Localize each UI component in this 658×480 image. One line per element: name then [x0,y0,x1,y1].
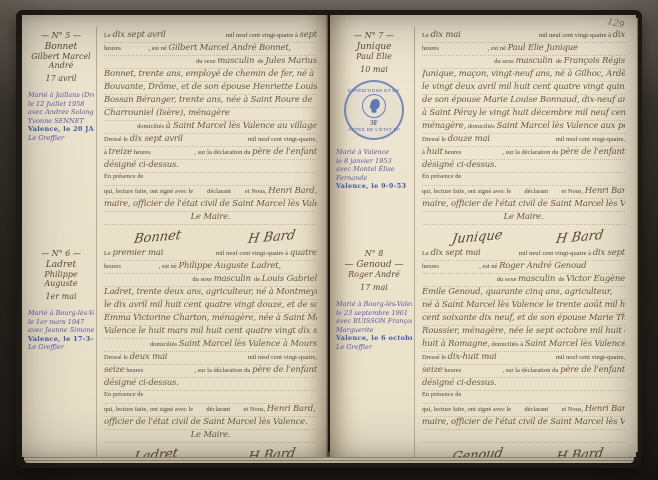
handwritten-text: Saint Marcel lès Valence à Marquet [525,339,625,349]
marriage-mention-stamp: Marié à Bourg-lès-Valencele 1er mars 194… [28,309,94,352]
act-line: Dressé le douze mai mil neuf cent vingt-… [422,134,625,147]
act-line: seize heures , sur la déclaration du pèr… [422,365,625,378]
greffier-label: Le Greffier [28,134,94,143]
entry-number: — N° 5 — [28,31,94,40]
handwritten-text: masculin [217,56,254,66]
right-page: 129 — N° 7 —JuniquePaul Elie10 maiEXPÉDI… [330,15,636,457]
handwritten-text: treize [109,147,133,157]
entry-date: 10 mai [336,65,412,74]
act-line: du sexe masculin de Jules Marius [104,56,317,69]
marriage-mention-date: Valence, le 9-9-53 [336,182,412,191]
act-line: Le dix sept mai mil neuf cent vingt-quat… [422,248,625,261]
handwritten-text: dix [613,30,625,40]
handwritten-text: le vingt deux avril mil huit cent quatre… [422,82,625,92]
act-line: En présence de [422,173,625,186]
printed-form-text: heures [125,367,145,374]
handwritten-text: à Saint Péray le vingt huit décembre mil… [422,108,625,118]
act-line: officier de l'état civil de Saint Marcel… [104,417,317,430]
handwritten-text: huit à Romagne, [422,339,490,349]
handwritten-text: Le Maire. [504,212,544,222]
handwritten-text: Emma Victorine Charton, ménagère, née à … [104,313,317,323]
printed-form-text: heures [443,367,463,374]
act-line: le dix avril mil huit cent quatre vingt … [104,300,317,313]
printed-form-text: Dressé le [422,136,448,143]
handwritten-text: désigné ci-dessus. [104,160,179,170]
handwritten-text: Henri Bard, maire, [267,404,317,414]
handwritten-text: Gilbert Marcel André Bonnet, [168,43,291,53]
marriage-mention-line: avec Montel Élise [336,165,412,174]
act-line: le vingt deux avril mil huit cent quatre… [422,82,625,95]
act-line: maire, officier de l'état civil de Saint… [422,417,625,430]
act-line: du sexe masculin de François Régis [422,56,625,69]
handwritten-text: Paul Elie Junique [508,43,578,53]
act-line: maire, officier de l'état civil de Saint… [422,199,625,212]
marriage-mention-line: le 23 septembre 1961 [336,309,412,318]
handwritten-text: père de l'enfant [252,365,317,375]
act-line: Dressé le dix sept avril mil neuf cent v… [104,134,317,147]
act-line: à Saint Péray le vingt huit décembre mil… [422,108,625,121]
printed-form-text: , est né [479,263,499,270]
handwritten-text: dix sept mai [430,248,480,258]
printed-form-text: et Nous, [243,188,268,195]
printed-form-text: de [251,276,262,283]
printed-form-text: du sexe [192,276,213,283]
handwritten-text: Jules Marius [265,56,317,66]
act-line: huit à Romagne, domiciliés à Saint Marce… [422,339,625,352]
fiscal-stamp-ring-top: EXPÉDITIONS ET EXTRAITS [348,88,400,93]
act-line: ménagère, domiciliés Saint Marcel lès Va… [422,121,625,134]
marriage-mention-line: avec Andrée Solange [28,108,94,117]
marriage-mention-line: le 1er mars 1947 [28,318,94,327]
entry-surname: — Genoud — [336,260,412,270]
act-text: Le premier mai mil neuf cent vingt-quatr… [97,245,322,457]
printed-form-text: Le [422,250,430,257]
entry-number: — N° 6 — [28,249,94,258]
handwritten-text: dix sept avril [130,134,183,144]
handwritten-text: deux mai [130,352,168,362]
margin-annotations: — N° 6 —LadretPhilippe Auguste1er maiMar… [26,245,97,457]
handwritten-text: Henri Bard, [268,186,317,196]
handwritten-text: dix sept avril [112,30,165,40]
marriage-mention-date: Valence, le 20 JAN 1959 [28,125,94,134]
printed-form-text: , sur la déclaration du [502,367,560,374]
printed-form-text: Le [104,32,112,39]
printed-form-text: heures [132,149,152,156]
photo-backdrop: — N° 5 —BonnetGilbert Marcel André17 avr… [0,0,658,480]
act-line: Emma Victorine Charton, ménagère, née à … [104,313,317,326]
handwritten-text: Henri Bard, [585,404,625,414]
mayor-signature: H Bard [555,446,605,457]
act-line: Le dix mai mil neuf cent vingt-quatre à … [422,30,625,43]
printed-form-text: mil neuf cent vingt-quatre, [246,136,317,143]
printed-form-text: domiciliés [150,341,179,348]
handwritten-text: désigné ci-dessus. [104,378,179,388]
act-line: désigné ci-dessus. [104,378,317,391]
handwritten-text: Saint Marcel lès Valence à Mours [179,339,317,349]
act-line: du sexe masculin de Louis Gabriel [104,274,317,287]
printed-form-text: , sur la déclaration du [194,367,252,374]
handwritten-text: Philippe Auguste Ladret, [178,261,281,271]
act-line: désigné ci-dessus. [422,160,625,173]
handwritten-text: François Régis [564,56,625,66]
entry-surname: Bonnet [28,42,94,52]
printed-form-text: domiciliés à [490,341,525,348]
entry-number: — N° 7 — [336,31,412,40]
handwritten-text: douze mai [448,134,490,144]
entry-number: N° 8 [336,249,412,258]
act-line: qui, lecture faite, ont signé avec le dé… [104,186,317,199]
act-text: Le dix sept avril mil neuf cent vingt-qu… [97,27,322,245]
marriage-mention-line: Marié à Bourg-lès-Valence [28,309,94,318]
marriage-mention-line: Fernande [336,174,412,183]
marriage-mention-stamp: Marié à Bourg-lès-Valencele 23 septembre… [336,300,412,351]
register-entry: N° 8— Genoud —Roger André17 maiMarié à B… [334,245,630,457]
act-line: qui, lecture faite, ont signé avec le dé… [422,404,625,417]
handwritten-text: Bouvante, Drôme, et de son épouse Henrie… [104,82,317,92]
handwritten-text: masculin [518,274,555,284]
entry-given-names: Paul Elie [336,52,412,61]
entry-date: 17 avril [28,74,94,83]
handwritten-text: ménagère, [422,121,466,131]
printed-form-text: du sexe [494,58,515,65]
printed-form-text: du sexe [497,276,518,283]
act-line: domiciliés à Saint Marcel lès Valence au… [104,121,317,134]
printed-form-text: mil neuf cent vingt-quatre, [554,136,625,143]
act-line: Junique, maçon, vingt-neuf ans, né à Gil… [422,69,625,82]
printed-form-text: En présence de [104,391,145,398]
handwritten-text: huit [427,147,443,157]
handwritten-text: désigné ci-dessus. [422,160,497,170]
handwritten-text: seize [422,365,443,375]
handwritten-text: dix mai [430,30,460,40]
act-line: heures , est né Paul Elie Junique [422,43,625,56]
declarant-signature: Genoud [451,446,504,457]
printed-form-text: qui, lecture faite, ont signé avec le [422,406,513,413]
left-page: — N° 5 —BonnetGilbert Marcel André17 avr… [22,15,328,457]
printed-form-text: qui, lecture faite, ont signé avec le [422,188,513,195]
printed-form-text: qui, lecture faite, ont signé avec le [104,406,195,413]
printed-form-text: déclarant [523,406,550,413]
fiscal-stamp-icon: EXPÉDITIONS ET EXTRAITS3FACTES DE L'ÉTAT… [344,80,404,140]
margin-annotations: N° 8— Genoud —Roger André17 maiMarié à B… [334,245,415,457]
act-line: Bonnet, trente ans, employé de chemin de… [104,69,317,82]
register-entry: — N° 6 —LadretPhilippe Auguste1er maiMar… [26,245,322,457]
printed-form-text: domiciliés [466,123,496,130]
printed-form-text: Le [104,250,112,257]
act-line: qui, lecture faite, ont signé avec le dé… [422,186,625,199]
margin-annotations: — N° 5 —BonnetGilbert Marcel André17 avr… [26,27,97,245]
handwritten-text: Ladret, trente deux ans, agriculteur, né… [104,287,317,297]
handwritten-text: Bonnet, trente ans, employé de chemin de… [104,69,314,79]
act-line: En présence de [104,391,317,404]
printed-form-text: Dressé le [104,354,130,361]
act-line: Le dix sept avril mil neuf cent vingt-qu… [104,30,317,43]
printed-form-text: Dressé le [104,136,130,143]
handwritten-text: maire, officier de l'état civil de Saint… [422,417,625,427]
handwritten-text: Roussier, ménagère, née le sept octobre … [422,326,625,336]
act-line: Le premier mai mil neuf cent vingt-quatr… [104,248,317,261]
handwritten-text: dix-huit mai [448,352,497,362]
fiscal-stamp-value: 3F [370,119,378,127]
marriage-mention-date: Valence, le 6 octobre 1961 [336,334,412,343]
handwritten-text: Saint Marcel lès Valence aux petits Eyna… [496,121,625,131]
printed-form-text: de [555,276,566,283]
handwritten-text: le dix avril mil huit cent quatre vingt … [104,300,317,310]
act-line: désigné ci-dessus. [422,378,625,391]
printed-form-text: de [254,58,265,65]
printed-form-text: En présence de [422,391,463,398]
entry-date: 17 mai [336,283,412,292]
printed-form-text: En présence de [104,173,145,180]
printed-form-text: , est né [488,45,508,52]
printed-form-text: mil neuf cent vingt-quatre à [517,250,592,257]
act-line: à treize heures , sur la déclaration du … [104,147,317,160]
handwritten-text: Charrouniel (Isère), ménagère [104,108,230,118]
handwritten-text: premier mai [112,248,163,258]
act-line: Bossan Béranger, trente ans, née à Saint… [104,95,317,108]
marriage-mention-line: avec Jeanne Simone Rose [28,326,94,335]
act-line: Le Maire. [104,212,317,225]
printed-form-text: Le [422,32,430,39]
act-line: cent soixante dix neuf, et de son épouse… [422,313,625,326]
registry-book: — N° 5 —BonnetGilbert Marcel André17 avr… [16,10,642,468]
marriage-mention-line: Marié à Valence [336,148,412,157]
greffier-label: Le Greffier [28,343,94,352]
handwritten-text: de son épouse Marie Louise Bonnaud, dix-… [422,95,625,105]
printed-form-text: Dressé le [422,354,448,361]
printed-form-text: du sexe [196,58,217,65]
act-line: à huit heures , sur la déclaration du pè… [422,147,625,160]
handwritten-text: masculin [214,274,251,284]
act-text: Le dix sept mai mil neuf cent vingt-quat… [415,245,630,457]
printed-form-text: et Nous, [560,406,585,413]
marriage-mention-line: avec BUISSON Françoise [336,317,412,326]
printed-form-text: , est né [149,45,169,52]
handwritten-text: père de l'enfant [560,147,625,157]
handwritten-text: Junique, maçon, vingt-neuf ans, né à Gil… [422,69,625,79]
act-line: de son épouse Marie Louise Bonnaud, dix-… [422,95,625,108]
handwritten-text: Bossan Béranger, trente ans, née à Saint… [104,95,312,105]
printed-form-text: qui, lecture faite, ont signé avec le [104,188,195,195]
act-line: qui, lecture faite, ont signé avec le dé… [104,404,317,417]
printed-form-text: En présence de [422,173,463,180]
act-line: Roussier, ménagère, née le sept octobre … [422,326,625,339]
act-line: Le Maire. [104,430,317,443]
margin-annotations: — N° 7 —JuniquePaul Elie10 maiEXPÉDITION… [334,27,415,245]
handwritten-text: masculin [516,56,553,66]
printed-form-text: heures [422,45,441,52]
printed-form-text: déclarant [206,188,233,195]
handwritten-text: père de l'enfant [252,147,317,157]
handwritten-text: quatre [290,248,317,258]
marriage-mention-line: Marguerite [336,326,412,335]
act-line: Valence le huit mars mil huit cent quatr… [104,326,317,339]
mayor-signature: H Bard [247,446,297,457]
act-line: né à Saint Marcel lès Valence le trente … [422,300,625,313]
signatures-row: GenoudH Bard [422,443,625,457]
handwritten-text: Louis Gabriel [262,274,317,284]
handwritten-text: Victor Eugène [566,274,625,284]
handwritten-text: à Saint Marcel lès Valence au village [166,121,317,131]
entry-surname: Junique [336,42,412,52]
entry-given-names: Gilbert Marcel André [28,52,94,70]
marriage-mention-line: le 8 janvier 1953 [336,157,412,166]
handwritten-text: seize [104,365,125,375]
entry-given-names: Philippe Auguste [28,270,94,288]
act-line: désigné ci-dessus. [104,160,317,173]
printed-form-text: déclarant [523,188,550,195]
signatures-row: JuniqueH Bard [422,225,625,245]
marriage-mention-line: Marié à Bourg-lès-Valence [336,300,412,309]
handwritten-text: né à Saint Marcel lès Valence le trente … [422,300,625,310]
handwritten-text: désigné ci-dessus. [422,378,497,388]
marriage-mention-line: le 12 Juillet 1958 [28,100,94,109]
handwritten-text: Le Maire. [191,212,231,222]
entry-date: 1er mai [28,292,94,301]
act-line [422,430,625,443]
signatures-row: LadretH Bard [104,443,317,457]
printed-form-text: de [553,58,564,65]
printed-form-text: et Nous, [242,406,267,413]
act-line: maire, officier de l'état civil de Saint… [104,199,317,212]
printed-form-text: mil neuf cent vingt-quatre, [246,354,317,361]
act-line: heures , est né Philippe Auguste Ladret, [104,261,317,274]
act-line: En présence de [422,391,625,404]
printed-form-text: mil neuf cent vingt-quatre, [554,354,625,361]
act-line: heures , est né Roger André Genoud [422,261,625,274]
marriage-mention-stamp: Marié à Valencele 8 janvier 1953avec Mon… [336,148,412,191]
signatures-row: BonnetH Bard [104,225,317,245]
act-line: heures , est né Gilbert Marcel André Bon… [104,43,317,56]
printed-form-text: et Nous, [560,188,585,195]
marriage-mention-date: Valence, le 17-3-47 [28,335,94,344]
act-line: Dressé le deux mai mil neuf cent vingt-q… [104,352,317,365]
handwritten-text: Henri Bard, [585,186,625,196]
printed-form-text: heures [104,263,123,270]
printed-form-text: heures [443,149,463,156]
act-line: Emile Genoud, quarante cinq ans, agricul… [422,287,625,300]
handwritten-text: officier de l'état civil de Saint Marcel… [104,417,307,427]
handwritten-text: maire, officier de l'état civil de Saint… [422,199,625,209]
act-line: Le Maire. [422,212,625,225]
marriage-mention-stamp: Marié à Jaillans (Drôme)le 12 Juillet 19… [28,91,94,142]
printed-form-text: , sur la déclaration du [194,149,252,156]
printed-form-text: mil neuf cent vingt-quatre à [214,250,289,257]
act-line: Bouvante, Drôme, et de son épouse Henrie… [104,82,317,95]
handwritten-text: maire, officier de l'état civil de Saint… [104,199,317,209]
register-entry: — N° 7 —JuniquePaul Elie10 maiEXPÉDITION… [334,27,630,245]
left-page-entries: — N° 5 —BonnetGilbert Marcel André17 avr… [22,15,328,457]
act-line: du sexe masculin de Victor Eugène [422,274,625,287]
entry-given-names: Roger André [336,270,412,279]
register-entry: — N° 5 —BonnetGilbert Marcel André17 avr… [26,27,322,245]
handwritten-text: Le Maire. [191,430,231,440]
printed-form-text: , est né [159,263,179,270]
act-line: En présence de [104,173,317,186]
printed-form-text: heures [104,45,123,52]
handwritten-text: Roger André Genoud [499,261,586,271]
declarant-signature: Ladret [133,446,179,457]
marriage-mention-line: Marié à Jaillans (Drôme) [28,91,94,100]
handwritten-text: dix sept [593,248,625,258]
right-page-entries: — N° 7 —JuniquePaul Elie10 maiEXPÉDITION… [330,15,636,457]
act-line: Ladret, trente deux ans, agriculteur, né… [104,287,317,300]
fiscal-stamp-ring-bottom: ACTES DE L'ÉTAT CIVIL [348,127,400,132]
printed-form-text: heures [422,263,441,270]
handwritten-text: sept [300,30,317,40]
act-line: seize heures , sur la déclaration du pèr… [104,365,317,378]
marianne-profile-icon [362,94,386,118]
handwritten-text: cent soixante dix neuf, et de son épouse… [422,313,625,323]
marriage-mention-line: Yvonne SENNET [28,117,94,126]
greffier-label: Le Greffier [336,343,412,352]
handwritten-text: Valence le huit mars mil huit cent quatr… [104,326,317,336]
handwritten-text: père de l'enfant [560,365,625,375]
entry-surname: Ladret [28,260,94,270]
act-line: Dressé le dix-huit mai mil neuf cent vin… [422,352,625,365]
act-line: domiciliés Saint Marcel lès Valence à Mo… [104,339,317,352]
printed-form-text: déclarant [205,406,232,413]
printed-form-text: , sur la déclaration du [502,149,560,156]
printed-form-text: mil neuf cent vingt-quatre à [224,32,299,39]
act-text: Le dix mai mil neuf cent vingt-quatre à … [415,27,630,245]
act-line: Charrouniel (Isère), ménagère [104,108,317,121]
printed-form-text: mil neuf cent vingt-quatre à [537,32,612,39]
printed-form-text: domiciliés [137,123,166,130]
handwritten-text: Emile Genoud, quarante cinq ans, agricul… [422,287,612,297]
